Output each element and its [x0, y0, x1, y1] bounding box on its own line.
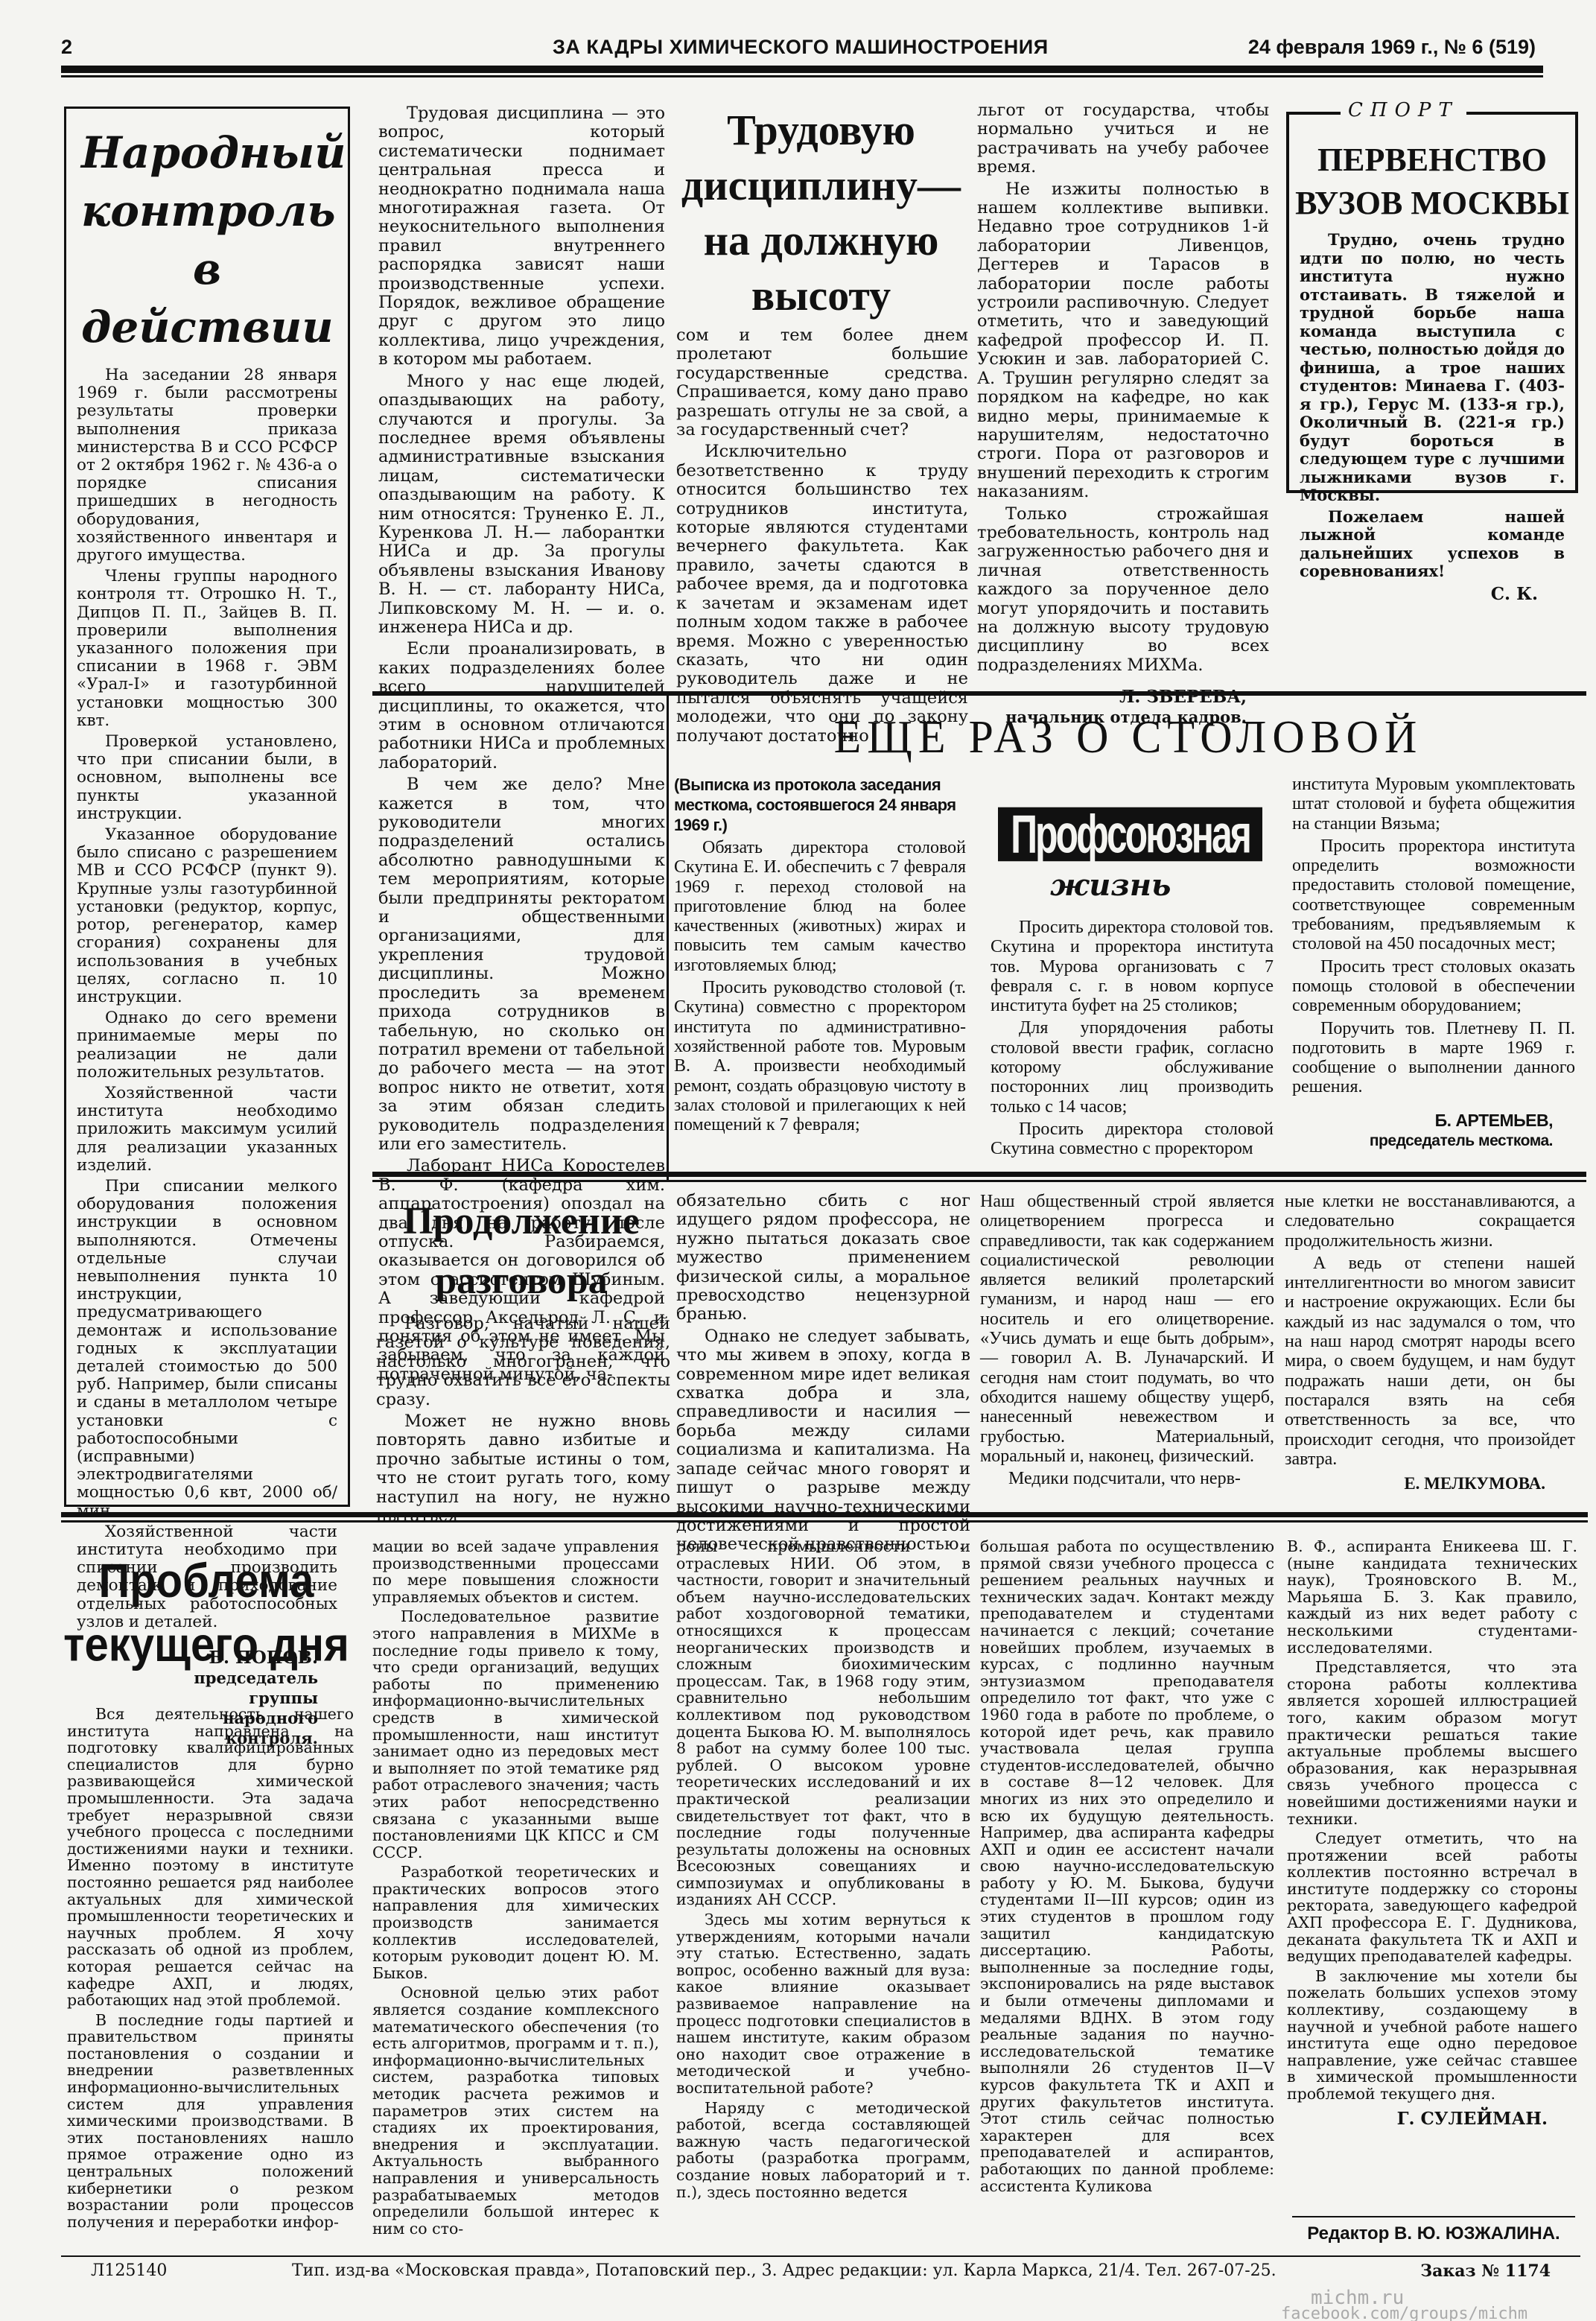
rubric-profsoyuznaya-zhizn: Профсоюзная жизнь	[998, 793, 1266, 898]
divider	[670, 691, 1586, 696]
footer: Л125140 Тип. изд-ва «Московская правда»,…	[61, 2261, 1580, 2287]
paragraph: Указанное оборудование было списано с ра…	[77, 826, 337, 1006]
paragraph: Может не нужно вновь повторять давно изб…	[376, 1412, 670, 1525]
stolovaya-col-1: Обязать директора столовой Скутина Е. И.…	[674, 838, 966, 1137]
paragraph: Просить директора столовой тов. Скутина …	[991, 918, 1274, 1015]
paragraph: В чем же дело? Мне кажется в том, что ру…	[378, 775, 665, 1154]
divider	[372, 691, 670, 696]
paragraph: В последние годы партией и правительство…	[67, 2012, 354, 2231]
prodolzhenie-col-3: Наш общественный строй является олицетво…	[980, 1192, 1274, 1491]
divider	[61, 1520, 1588, 1523]
rubric-line-1: Профсоюзная	[998, 807, 1262, 862]
paragraph: Хозяйственной части института необходимо…	[77, 1085, 337, 1175]
article-body: На заседании 28 января 1969 г. были расс…	[66, 356, 348, 1631]
paragraph: Медики подсчитали, что нерв-	[980, 1469, 1274, 1488]
footer-imprint: Тип. изд-ва «Московская правда», Потапов…	[292, 2261, 1277, 2280]
divider	[61, 1512, 1588, 1517]
trudovaya-title: Трудовую дисциплину— на должную высоту	[674, 103, 968, 323]
paragraph: Не изжиты полностью в нашем коллективе в…	[977, 180, 1269, 502]
problema-col-3: роны промышленности и отраслевых НИИ. Об…	[676, 1538, 970, 2203]
paragraph: Просить директора столовой Скутина совме…	[991, 1120, 1274, 1159]
paragraph: большая работа по осуществлению прямой с…	[980, 1538, 1274, 2194]
column-divider	[667, 696, 669, 1180]
paragraph: Просить руководство столовой (т. Скутина…	[674, 978, 966, 1134]
paragraph: мации во всей задаче управления производ…	[372, 1538, 659, 1605]
paragraph: Следует отметить, что на протяжении всей…	[1287, 1830, 1577, 1965]
paragraph: А ведь от степени нашей интеллигентности…	[1285, 1254, 1575, 1469]
prodolzhenie-col-1: Разговор, начатый нашей газетой о культу…	[376, 1315, 670, 1528]
article-sport: ПЕРВЕНСТВО ВУЗОВ МОСКВЫ Трудно, очень тр…	[1286, 112, 1578, 493]
paragraph: Для упорядочения работы столовой ввести …	[991, 1018, 1274, 1116]
paragraph: ные клетки не восстанавливаются, а следо…	[1285, 1192, 1575, 1251]
paragraph: Вся деятельность нашего института направ…	[67, 1706, 354, 2009]
paragraph: При списании мелкого оборудования положе…	[77, 1178, 337, 1520]
article-narodny-kontrol: Народный контроль в действии На заседани…	[64, 107, 350, 1507]
paragraph: Разработкой теоретических и практических…	[372, 1864, 659, 1981]
paragraph: роны промышленности и отраслевых НИИ. Об…	[676, 1538, 970, 1908]
title-line-1: Проблема	[61, 1549, 352, 1613]
signature: Б. АРТЕМЬЕВ, председатель месткома.	[1292, 1111, 1575, 1151]
paragraph: Просить проректора института определить …	[1292, 836, 1575, 954]
paragraph: Просить трест столовых оказать помощь ст…	[1292, 957, 1575, 1016]
rubric-line-2: жизнь	[1050, 868, 1171, 903]
watermark-facebook: facebook.com/groups/michm	[1281, 2305, 1527, 2321]
paragraph: Если проанализировать, в каких подраздел…	[378, 640, 665, 772]
signature-name: Л. ЗВЕРЕВА,	[977, 687, 1247, 707]
page-number: 2	[61, 36, 72, 59]
paragraph: сом и тем более днем пролетают большие г…	[676, 326, 968, 439]
issue-date: 24 февраля 1969 г., № 6 (519)	[1248, 36, 1536, 59]
paragraph: Обязать директора столовой Скутина Е. И.…	[674, 838, 966, 975]
paragraph: Члены группы народного контроля тт. Отро…	[77, 568, 337, 730]
title-line-2: текущего дня	[61, 1613, 352, 1677]
divider	[372, 1172, 1586, 1177]
sport-body: Трудно, очень трудно идти по полю, но че…	[1289, 225, 1575, 581]
problema-col-1: Вся деятельность нашего института направ…	[67, 1706, 354, 2233]
masthead-rule-thin	[61, 75, 1543, 77]
article-title: Народный контроль в действии	[66, 124, 348, 356]
paragraph: Пожелаем нашей лыжной команде дальнейших…	[1300, 508, 1565, 581]
paragraph: Трудовая дисциплина — это вопрос, которы…	[378, 104, 665, 369]
divider	[1292, 2216, 1575, 2217]
paragraph: Здесь мы хотим вернуться к утверждениям,…	[676, 1911, 970, 2097]
paragraph: Исключительно безответственно к труду от…	[676, 442, 968, 746]
stolovaya-col-2: Просить директора столовой тов. Скутина …	[991, 918, 1274, 1162]
signature: Е. МЕЛКУМОВА.	[1285, 1473, 1575, 1493]
masthead: 2 ЗА КАДРЫ ХИМИЧЕСКОГО МАШИНОСТРОЕНИЯ 24…	[61, 36, 1536, 66]
paragraph: Разговор, начатый нашей газетой о культу…	[376, 1315, 670, 1409]
stolovaya-title: ЕЩЕ РАЗ О СТОЛОВОЙ	[670, 710, 1586, 763]
editor-credit: Редактор В. Ю. ЮЗЖАЛИНА.	[1292, 2223, 1575, 2244]
title-line-2: разговора	[372, 1251, 670, 1311]
footer-rule	[61, 2255, 1580, 2257]
paragraph: В заключение мы хотели бы пожелать больш…	[1287, 1968, 1577, 2103]
paragraph: Много у нас еще людей, опаздывающих на р…	[378, 372, 665, 638]
sport-title: ПЕРВЕНСТВО ВУЗОВ МОСКВЫ	[1289, 139, 1575, 225]
paragraph: Основной целью этих работ является созда…	[372, 1984, 659, 2237]
problema-title: Проблема текущего дня	[61, 1549, 352, 1677]
problema-col-2: мации во всей задаче управления производ…	[372, 1538, 659, 2240]
paragraph: Наряду с методической работой, всегда со…	[676, 2100, 970, 2201]
paragraph: Проверкой установлено, что при списании …	[77, 733, 337, 823]
paragraph: Трудно, очень трудно идти по полю, но че…	[1300, 231, 1565, 505]
trudovaya-col-3: льгот от государства, чтобы нормально уч…	[977, 101, 1269, 727]
paragraph: Поручить тов. Плетневу П. П. подготовить…	[1292, 1019, 1575, 1097]
paragraph: Представляется, что эта сторона работы к…	[1287, 1659, 1577, 1827]
paragraph: Однако до сего времени принимаемые меры …	[77, 1009, 337, 1082]
signature: С. К.	[1289, 584, 1575, 604]
problema-col-5: В. Ф., аспиранта Еникеева Ш. Г. (ныне ка…	[1287, 1538, 1577, 2129]
paragraph: Только строжайшая требовательность, конт…	[977, 505, 1269, 676]
prodolzhenie-col-4: ные клетки не восстанавливаются, а следо…	[1285, 1192, 1575, 1493]
footer-code: Л125140	[91, 2261, 167, 2280]
paragraph: института Муровым укомплектовать штат ст…	[1292, 775, 1575, 834]
signature: Г. СУЛЕЙМАН.	[1287, 2109, 1577, 2129]
divider	[372, 1180, 1586, 1182]
signature-name: Б. АРТЕМЬЕВ,	[1292, 1111, 1553, 1131]
stolovaya-intro: (Выписка из протокола заседания месткома…	[674, 775, 966, 835]
stolovaya-col-3: института Муровым укомплектовать штат ст…	[1292, 775, 1575, 1151]
prodolzhenie-title: Продолжение разговора	[372, 1192, 670, 1311]
paragraph: На заседании 28 января 1969 г. были расс…	[77, 366, 337, 565]
title-line-1: Продолжение	[372, 1192, 670, 1251]
paragraph: Последовательное развитие этого направле…	[372, 1608, 659, 1861]
signature-role: председатель месткома.	[1292, 1131, 1553, 1151]
masthead-rule	[61, 66, 1543, 73]
paper-title: ЗА КАДРЫ ХИМИЧЕСКОГО МАШИНОСТРОЕНИЯ	[553, 36, 1049, 59]
paragraph: В. Ф., аспиранта Еникеева Ш. Г. (ныне ка…	[1287, 1538, 1577, 1656]
trudovaya-col-2: сом и тем более днем пролетают большие г…	[676, 326, 968, 749]
paragraph: льгот от государства, чтобы нормально уч…	[977, 101, 1269, 177]
paragraph: обязательно сбить с ног идущего рядом пр…	[676, 1192, 970, 1324]
problema-col-4: большая работа по осуществлению прямой с…	[980, 1538, 1274, 2197]
footer-order: Заказ № 1174	[1420, 2261, 1551, 2281]
section-tag-sport: СПОРТ	[1341, 99, 1466, 121]
paragraph: Наш общественный строй является олицетво…	[980, 1192, 1274, 1466]
prodolzhenie-col-2: обязательно сбить с ног идущего рядом пр…	[676, 1192, 970, 1558]
